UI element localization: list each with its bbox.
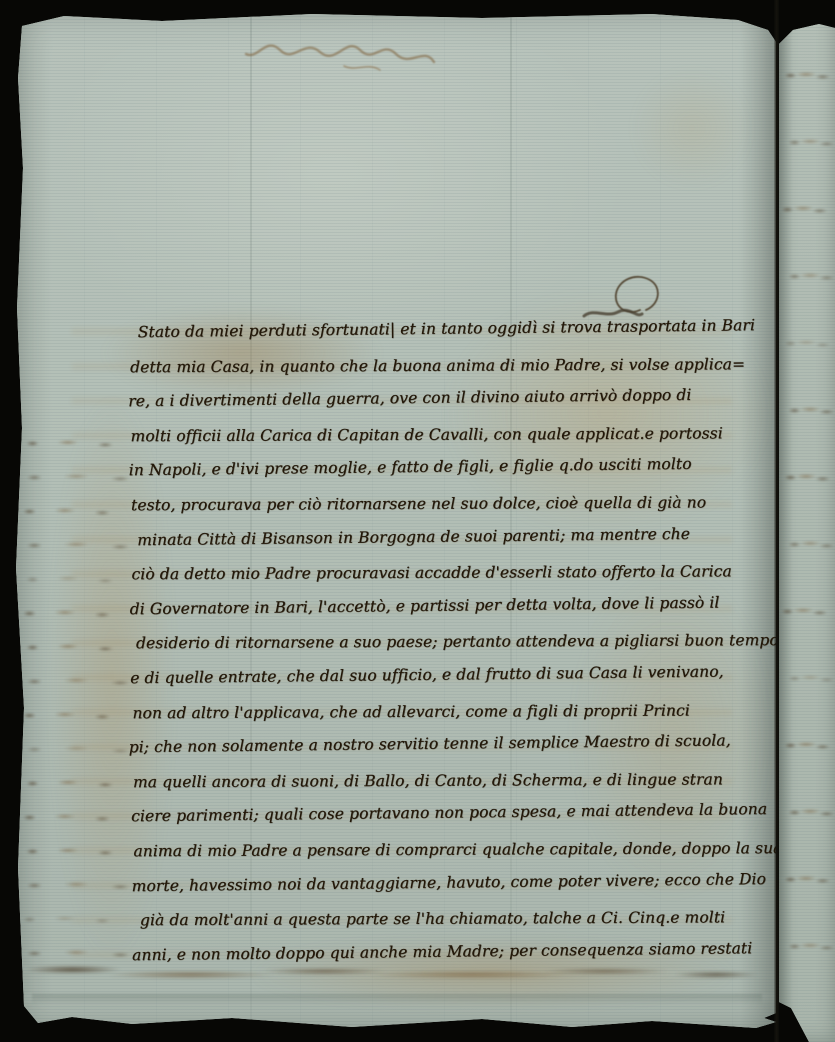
- bleedthrough-mark: [17, 710, 121, 721]
- bleedthrough-mark: [20, 880, 143, 891]
- manuscript-line: di Governatore in Bari, l'accettò, e par…: [130, 593, 778, 635]
- manuscript-text-block: Stato da miei perduti sfortunati| et in …: [128, 319, 781, 981]
- bleedthrough-mark: [17, 914, 121, 925]
- bleedthrough-mark: [782, 204, 828, 215]
- manuscript-line: Stato da miei perduti sfortunati| et in …: [138, 316, 776, 358]
- bleedthrough-mark: [20, 778, 124, 789]
- bleedthrough-mark: [20, 676, 143, 687]
- manuscript-page: Stato da miei perduti sfortunati| et in …: [12, 8, 776, 1034]
- bleedthrough-mark: [17, 812, 121, 823]
- bleedthrough-mark: [785, 338, 831, 349]
- bleedthrough-mark: [785, 70, 831, 81]
- paper-wrinkle: [32, 994, 762, 1004]
- bleedthrough-mark: [20, 744, 143, 755]
- bleedthrough-mark: [789, 539, 835, 550]
- bleedthrough-mark: [789, 941, 835, 952]
- facing-page-bleedthrough: [785, 70, 831, 1008]
- bleedthrough-mark: [20, 438, 124, 449]
- bleedthrough-mark: [785, 874, 831, 885]
- manuscript-line: re, a i divertimenti della guerra, ove c…: [128, 385, 776, 427]
- bleedthrough-mark: [20, 642, 124, 653]
- bleedthrough-mark: [20, 540, 143, 551]
- bottom-ink-smudges: [28, 956, 768, 990]
- bleedthrough-mark: [789, 807, 835, 818]
- page-gutter-crease: [774, 0, 779, 1042]
- bleedthrough-mark: [782, 606, 828, 617]
- bleedthrough-mark: [20, 574, 124, 585]
- bleedthrough-mark: [785, 472, 831, 483]
- manuscript-line: ciere parimenti; quali cose portavano no…: [131, 800, 779, 842]
- bleedthrough-mark: [17, 608, 121, 619]
- bleedthrough-mark: [789, 137, 835, 148]
- manuscript-line: minata Città di Bisanson in Borgogna de …: [137, 524, 777, 566]
- bleedthrough-mark: [789, 271, 835, 282]
- bleedthrough-mark: [789, 405, 835, 416]
- manuscript-line: morte, havessimo noi da vantaggiarne, ha…: [132, 869, 780, 911]
- manuscript-line: in Napoli, e d'ivi prese moglie, e fatto…: [129, 454, 777, 496]
- bleedthrough-mark: [20, 846, 124, 857]
- bleedthrough-mark: [20, 472, 143, 483]
- scan-background: Stato da miei perduti sfortunati| et in …: [0, 0, 835, 1042]
- margin-bleedthrough-column: [20, 438, 124, 982]
- verso-inscription-bleedthrough: [240, 36, 440, 78]
- manuscript-line: pi; che non solamente a nostro servitio …: [129, 731, 779, 773]
- paper-stain: [632, 68, 752, 188]
- manuscript-line: e di quelle entrate, che dal suo ufficio…: [130, 662, 778, 704]
- facing-page-edge: [779, 0, 835, 1042]
- bleedthrough-mark: [789, 673, 835, 684]
- bleedthrough-mark: [785, 740, 831, 751]
- bleedthrough-mark: [17, 506, 121, 517]
